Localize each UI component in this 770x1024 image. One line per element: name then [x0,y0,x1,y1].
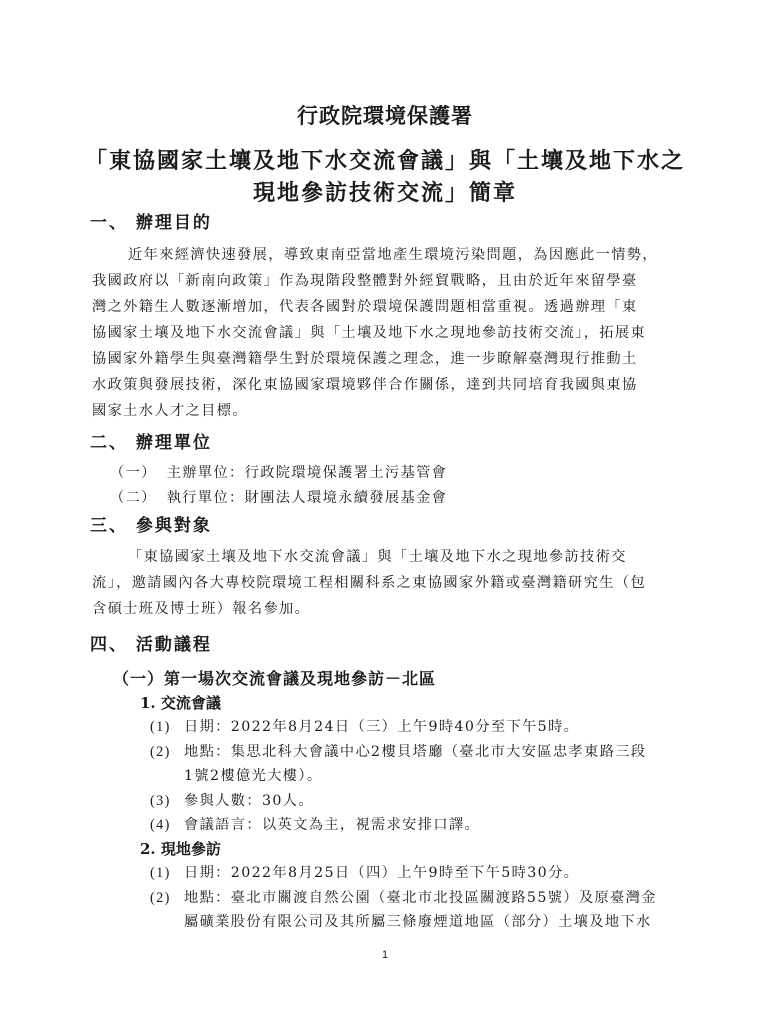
item-text: 參與人數：30人。 [184,793,314,809]
item-number: (2) [150,890,184,907]
document-title-line1: 「東協國家土壤及地下水交流會議」與「土壤及地下水之 [0,144,770,175]
purpose-paragraph: 近年來經濟快速發展，導致東南亞當地產生環境污染問題，為因應此一情勢， 我國政府以… [92,242,692,424]
paragraph-line: 「東協國家土壤及地下水交流會議」與「土壤及地下水之現地參訪技術交 [92,544,692,570]
paragraph-line: 近年來經濟快速發展，導致東南亞當地產生環境污染問題，為因應此一情勢， [92,242,692,268]
visit-location-item: (2)地點：臺北市關渡自然公園（臺北市北投區關渡路55號）及原臺灣金 [150,887,657,907]
subsection-heading-north: （一）第一場次交流會議及現地參訪－北區 [113,666,436,689]
visit-date-item: (1)日期：2022年8月25日（四）上午9時至下午5時30分。 [150,862,579,882]
agency-title: 行政院環境保護署 [0,100,770,130]
paragraph-line: 灣之外籍生人數逐漸增加，代表各國對於環境保護問題相當重視。透過辦理「東 [92,294,692,320]
item-number: (1) [150,865,184,882]
paragraph-line: 協國家土壤及地下水交流會議」與「土壤及地下水之現地參訪技術交流」，拓展東 [92,320,692,346]
item-text: 地點：集思北科大會議中心2樓貝塔廳（臺北市大安區忠孝東路三段 [184,744,646,760]
item-text: 地點：臺北市關渡自然公園（臺北市北投區關渡路55號）及原臺灣金 [184,890,657,906]
item-number: (1) [150,719,184,736]
paragraph-line: 國家土水人才之目標。 [92,398,692,424]
page-number: 1 [0,949,770,961]
item-text: 主辦單位：行政院環境保護署土污基管會 [167,465,448,481]
document-title-line2: 現地參訪技術交流」簡章 [0,176,770,207]
visit-location-item-cont: 屬礦業股份有限公司及其所屬三條廢煙道地區（部分）土壤及地下水 [184,911,652,931]
paragraph-line: 水政策與發展技術，深化東協國家環境夥伴合作關係，達到共同培育我國與東協 [92,372,692,398]
paragraph-line: 含碩士班及博士班）報名參加。 [92,596,692,622]
item-number: (4) [150,817,184,834]
section-heading-agenda: 四、 活動議程 [90,630,212,655]
meeting-location-item: (2)地點：集思北科大會議中心2樓貝塔廳（臺北市大安區忠孝東路三段 [150,741,646,761]
part-heading-site-visit: 2. 現地參訪 [140,838,221,859]
item-text: 日期：2022年8月25日（四）上午9時至下午5時30分。 [184,865,579,881]
organizer-item-executor: （二） 執行單位：財團法人環境永續發展基金會 [110,487,447,507]
meeting-language-item: (4)會議語言：以英文為主，視需求安排口譯。 [150,814,480,834]
organizer-item-host: （一） 主辦單位：行政院環境保護署土污基管會 [110,462,447,482]
section-heading-organizers: 二、 辦理單位 [90,428,212,453]
item-text: 日期：2022年8月24日（三）上午9時40分至下午5時。 [184,719,579,735]
item-text: 執行單位：財團法人環境永續發展基金會 [167,490,448,506]
document-page: 行政院環境保護署 「東協國家土壤及地下水交流會議」與「土壤及地下水之 現地參訪技… [0,0,770,1024]
item-number: (3) [150,793,184,810]
participants-paragraph: 「東協國家土壤及地下水交流會議」與「土壤及地下水之現地參訪技術交 流」，邀請國內… [92,544,692,622]
item-label: （一） [110,465,157,481]
meeting-location-item-cont: 1號2樓億光大樓）。 [184,765,322,785]
paragraph-line: 流」，邀請國內各大專校院環境工程相關科系之東協國家外籍或臺灣籍研究生（包 [92,570,692,596]
item-text: 會議語言：以英文為主，視需求安排口譯。 [184,817,480,833]
paragraph-line: 我國政府以「新南向政策」作為現階段整體對外經貿戰略，且由於近年來留學臺 [92,268,692,294]
section-heading-purpose: 一、 辦理目的 [90,208,212,233]
part-heading-meeting: 1. 交流會議 [140,692,221,713]
item-number: (2) [150,744,184,761]
section-heading-participants: 三、 參與對象 [90,511,212,536]
meeting-attendance-item: (3)參與人數：30人。 [150,790,314,810]
meeting-date-item: (1)日期：2022年8月24日（三）上午9時40分至下午5時。 [150,716,579,736]
item-label: （二） [110,490,157,506]
paragraph-line: 協國家外籍學生與臺灣籍學生對於環境保護之理念，進一步瞭解臺灣現行推動土 [92,346,692,372]
